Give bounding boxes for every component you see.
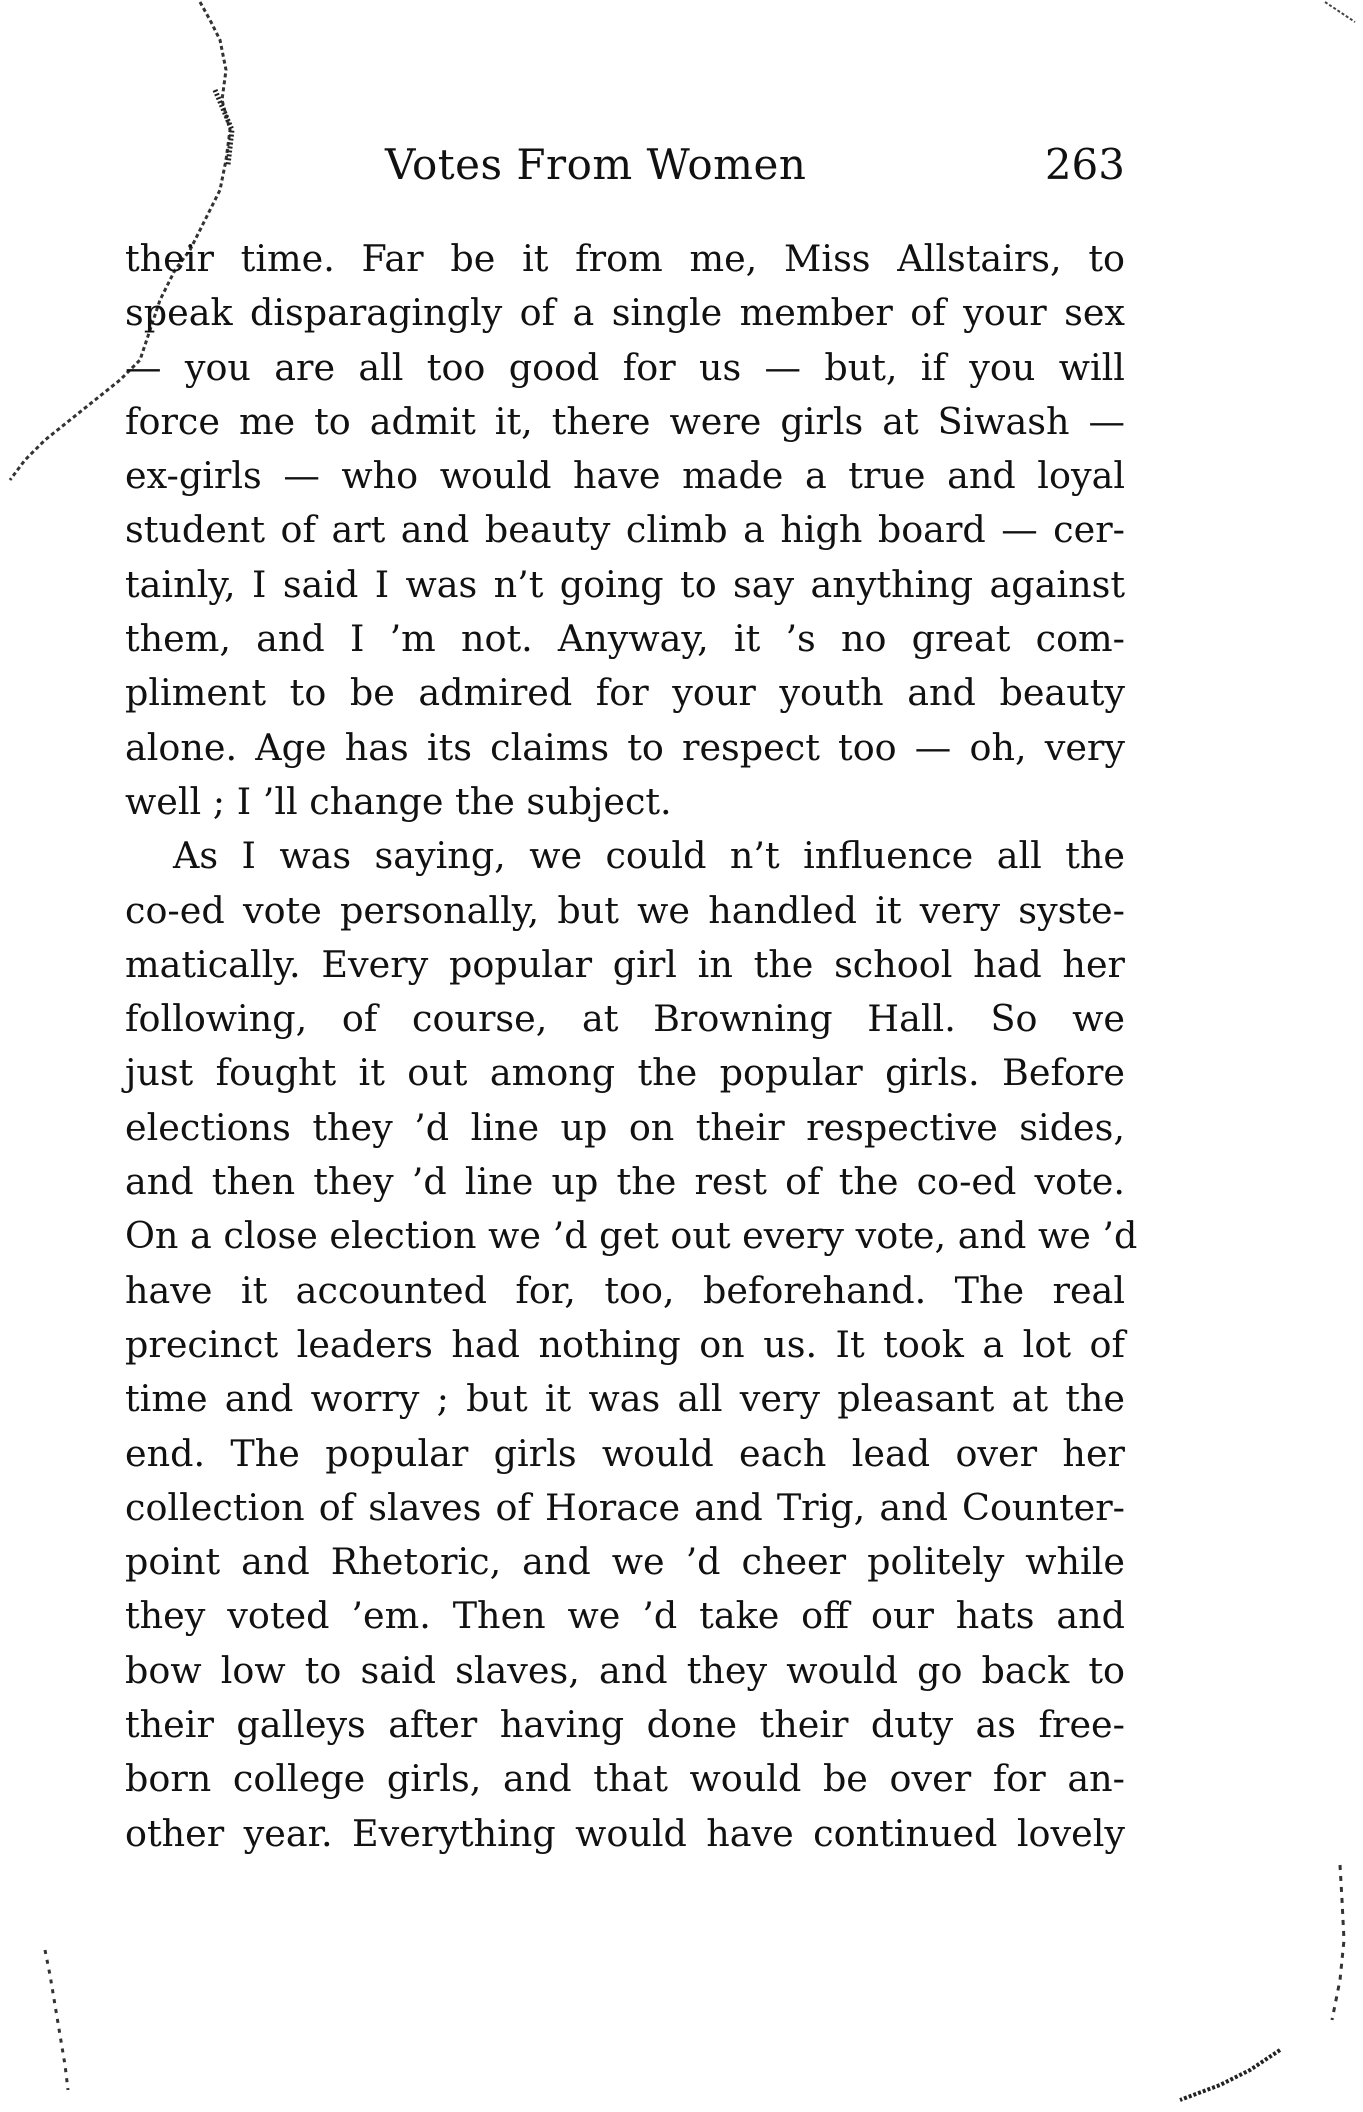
running-title: Votes From Women: [385, 140, 806, 189]
margin-scan-artifact-top-right: [1320, 0, 1360, 30]
page-number: 263: [1045, 140, 1125, 189]
text-line: matically. Every popular girl in the sch…: [125, 938, 1125, 992]
text-line: and then they ’d line up the rest of the…: [125, 1155, 1125, 1209]
text-line: co-ed vote personally, but we handled it…: [125, 884, 1125, 938]
body-text: their time. Far be it from me, Miss Alls…: [125, 232, 1125, 1861]
text-line: tainly, I said I was n’t going to say an…: [125, 558, 1125, 612]
paragraph-end-line: well ; I ’ll change the subject.: [125, 775, 1125, 829]
text-line: time and worry ; but it was all very ple…: [125, 1372, 1125, 1426]
text-line: — you are all too good for us — but, if …: [125, 341, 1125, 395]
text-line: their galleys after having done their du…: [125, 1698, 1125, 1752]
book-page: Votes From Women 263 their time. Far be …: [0, 0, 1363, 2112]
text-line: precinct leaders had nothing on us. It t…: [125, 1318, 1125, 1372]
text-line: born college girls, and that would be ov…: [125, 1752, 1125, 1806]
running-head: Votes From Women 263: [125, 140, 1125, 200]
text-line: their time. Far be it from me, Miss Alls…: [125, 232, 1125, 286]
text-line: ex-girls — who would have made a true an…: [125, 449, 1125, 503]
margin-scan-artifact-bottom-left: [30, 1945, 80, 2095]
text-line: bow low to said slaves, and they would g…: [125, 1644, 1125, 1698]
text-line: other year. Everything would have contin…: [125, 1807, 1125, 1861]
text-line: they voted ’em. Then we ’d take off our …: [125, 1589, 1125, 1643]
paragraph-start-line: As I was saying, we could n’t influence …: [125, 829, 1125, 883]
text-line: student of art and beauty climb a high b…: [125, 503, 1125, 557]
text-line: pliment to be admired for your youth and…: [125, 666, 1125, 720]
margin-scan-artifact-bottom-right: [1160, 1860, 1360, 2110]
text-line: force me to admit it, there were girls a…: [125, 395, 1125, 449]
text-line: them, and I ’m not. Anyway, it ’s no gre…: [125, 612, 1125, 666]
text-line: following, of course, at Browning Hall. …: [125, 992, 1125, 1046]
text-line: just fought it out among the popular gir…: [125, 1046, 1125, 1100]
text-line: speak disparagingly of a single member o…: [125, 286, 1125, 340]
text-line: end. The popular girls would each lead o…: [125, 1427, 1125, 1481]
text-line: On a close election we ’d get out every …: [125, 1209, 1125, 1263]
text-line: alone. Age has its claims to respect too…: [125, 721, 1125, 775]
text-line: collection of slaves of Horace and Trig,…: [125, 1481, 1125, 1535]
text-line: have it accounted for, too, beforehand. …: [125, 1264, 1125, 1318]
text-line: point and Rhetoric, and we ’d cheer poli…: [125, 1535, 1125, 1589]
text-line: elections they ’d line up on their respe…: [125, 1101, 1125, 1155]
